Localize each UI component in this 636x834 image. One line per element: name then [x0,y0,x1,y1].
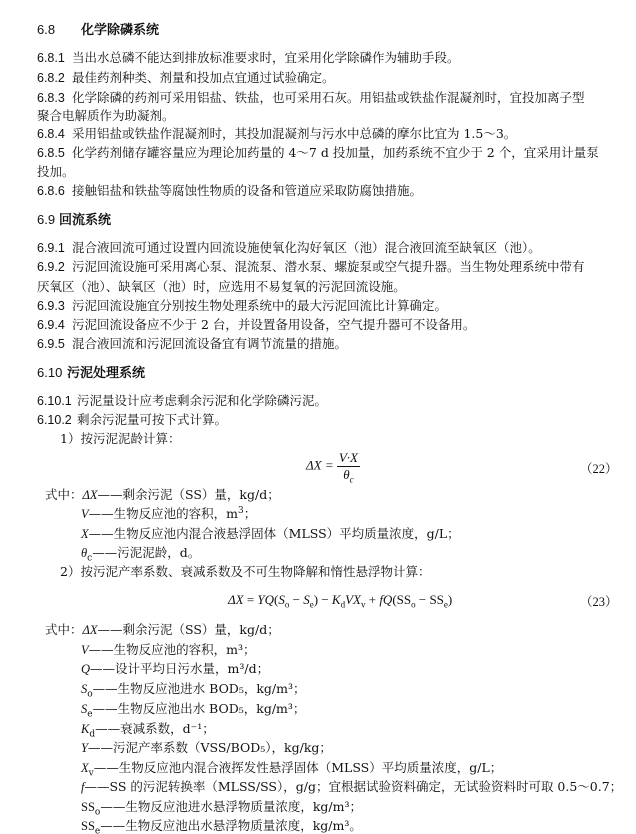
clause-text: 污泥回流设施宜分别按生物处理系统中的最大污泥回流比计算确定。 [72,298,447,313]
variable-symbol: V [81,507,89,521]
clause-text: 采用铝盐或铁盐作混凝剂时，其投加混凝剂与污水中总磷的摩尔比宜为 1.5～3。 [72,126,516,141]
clause-6-9-2: 6.9.2污泥回流设施可采用离心泵、混流泵、潜水泵、螺旋泵或空气提升器。当生物处… [37,259,585,275]
fraction-numerator: V·X [337,450,360,467]
variable-description: ——生物反应池进水悬浮物质量浓度，kg/m³； [100,799,362,814]
clause-6-8-2: 6.8.2最佳药剂种类、剂量和投加点宜通过试验确定。 [37,70,335,86]
clause-6-8-5-continued: 投加。 [37,164,75,180]
where-block-1-row-4: θc——污泥泥龄，d。 [81,545,200,561]
where-block-1-row-3: X——生物反应池内混合液悬浮固体（MLSS）平均质量浓度，g/L； [81,526,460,542]
clause-6-8-3-continued: 聚合电解质作为助凝剂。 [37,108,175,124]
section-title: 污泥处理系统 [67,365,145,380]
where-block-2-row-8: Xv——生物反应池内混合液挥发性悬浮固体（MLSS）平均质量浓度，g/L； [81,760,502,776]
clause-text: 污泥量设计应考虑剩余污泥和化学除磷污泥。 [77,393,327,408]
where-block-2-row-2: V——生物反应池的容积，m³； [81,642,256,658]
clause-text: 最佳药剂种类、剂量和投加点宜通过试验确定。 [72,70,335,85]
where-block-1-row-2: V——生物反应池的容积，m3； [81,506,256,522]
section-number: 6.10 [37,365,67,381]
clause-number: 6.9.4 [37,317,72,333]
equation-number-23: （23） [580,592,618,610]
variable-description: ——污泥产率系数（VSS/BOD₅），kg/kg； [88,740,332,755]
variable-description: ——生物反应池的容积，m [89,506,238,521]
variable-description: ——生物反应池的容积，m³； [89,642,256,657]
section-title: 化学除磷系统 [81,22,159,37]
clause-text: 混合液回流可通过设置内回流设施使氧化沟好氧区（池）混合液回流至缺氧区（池）。 [72,240,541,255]
where-block-2-row-9: f——SS 的污泥转换率（MLSS/SS），g/g；宜根据试验资料确定，无试验资… [81,779,622,795]
clause-number: 6.9.1 [37,240,72,256]
variable-description: ——剩余污泥（SS）量，kg/d； [98,622,280,637]
variable-description: ——污泥泥龄，d。 [92,545,200,560]
method-1-label: 1）按污泥泥龄计算： [60,431,180,447]
clause-number: 6.8.1 [37,50,72,66]
variable-symbol: ΔX [83,488,98,502]
variable-description: ——生物反应池出水悬浮物质量浓度，kg/m³。 [100,818,362,833]
variable-description: ——生物反应池内混合液悬浮固体（MLSS）平均质量浓度，g/L； [89,526,460,541]
clause-6-9-2-continued: 厌氧区（池）、缺氧区（池）时，应选用不易复氧的污泥回流设施。 [37,279,406,295]
variable-description: ——生物反应池内混合液挥发性悬浮固体（MLSS）平均质量浓度，g/L； [94,760,503,775]
where-label: 式中： [45,487,83,502]
equation-number-22: （22） [580,459,618,477]
clause-number: 6.8.3 [37,90,72,106]
method-2-label: 2）按污泥产率系数、衰减系数及不可生物降解和惰性悬浮物计算： [60,564,430,580]
where-block-1-row-1: 式中：ΔX——剩余污泥（SS）量，kg/d； [45,487,280,503]
variable-symbol: Q [81,662,90,676]
variable-symbol: ΔX [83,623,98,637]
variable-description: ——生物反应池进水 BOD₅，kg/m³； [93,681,306,696]
variable-symbol: X [81,527,89,541]
equation-fraction: V·X θc [337,450,360,483]
equation-lhs: ΔX = [306,457,334,472]
clause-number: 6.9.5 [37,336,72,352]
clause-number: 6.9.2 [37,259,72,275]
variable-symbol: V [81,643,89,657]
clause-text: 混合液回流和污泥回流设备宜有调节流量的措施。 [72,336,347,351]
clause-6-9-4: 6.9.4污泥回流设备应不少于 2 台，并设置备用设备，空气提升器可不设备用。 [37,317,475,333]
clause-number: 6.8.6 [37,183,72,199]
variable-description: ——SS 的污泥转换率（MLSS/SS），g/g；宜根据试验资料确定，无试验资料… [84,779,622,794]
where-label: 式中： [45,622,83,637]
section-number: 6.9 [37,212,59,228]
where-block-2-row-6: Kd——衰减系数，d⁻¹； [81,721,215,737]
clause-text-continued: 聚合电解质作为助凝剂。 [37,108,175,123]
clause-number: 6.10.2 [37,412,77,428]
clause-6-10-2: 6.10.2剩余污泥量可按下式计算。 [37,412,227,428]
where-block-2-row-4: So——生物反应池进水 BOD₅，kg/m³； [81,681,306,697]
clause-text: 化学除磷的药剂可采用铝盐、铁盐，也可采用石灰。用铝盐或铁盐作混凝剂时，宜投加离子… [72,90,585,105]
clause-6-8-4: 6.8.4采用铝盐或铁盐作混凝剂时，其投加混凝剂与污水中总磷的摩尔比宜为 1.5… [37,126,516,142]
clause-text: 当出水总磷不能达到排放标准要求时，宜采用化学除磷作为辅助手段。 [72,50,460,65]
variable-symbol: SS [81,819,95,833]
clause-text-continued: 厌氧区（池）、缺氧区（池）时，应选用不易复氧的污泥回流设施。 [37,279,406,294]
clause-6-9-1: 6.9.1混合液回流可通过设置内回流设施使氧化沟好氧区（池）混合液回流至缺氧区（… [37,240,541,256]
section-heading-6-10: 6.10污泥处理系统 [37,365,145,381]
clause-text: 污泥回流设备应不少于 2 台，并设置备用设备，空气提升器可不设备用。 [72,317,475,332]
variable-symbol: SS [81,800,95,814]
clause-6-8-5: 6.8.5化学药剂储存罐容量应为理论加药量的 4～7 d 投加量，加药系统不宜少… [37,145,599,161]
clause-number: 6.10.1 [37,393,77,409]
where-block-2-row-11: SSe——生物反应池出水悬浮物质量浓度，kg/m³。 [81,818,362,834]
where-block-2-row-5: Se——生物反应池出水 BOD₅，kg/m³； [81,701,305,717]
clause-text: 接触铝盐和铁盐等腐蚀性物质的设备和管道应采取防腐蚀措施。 [72,183,422,198]
clause-number: 6.9.3 [37,298,72,314]
where-block-2-row-1: 式中：ΔX——剩余污泥（SS）量，kg/d； [45,622,280,638]
punctuation: ； [244,506,257,521]
clause-6-9-3: 6.9.3污泥回流设施宜分别按生物处理系统中的最大污泥回流比计算确定。 [37,298,447,314]
clause-6-8-1: 6.8.1当出水总磷不能达到排放标准要求时，宜采用化学除磷作为辅助手段。 [37,50,460,66]
clause-number: 6.8.4 [37,126,72,142]
clause-number: 6.8.2 [37,70,72,86]
equation-23: ΔX = YQ(So − Se) − KdVXv + fQ(SSo − SSe) [228,592,452,608]
variable-description: ——剩余污泥（SS）量，kg/d； [98,487,280,502]
clause-6-8-6: 6.8.6接触铝盐和铁盐等腐蚀性物质的设备和管道应采取防腐蚀措施。 [37,183,422,199]
clause-text: 剩余污泥量可按下式计算。 [77,412,227,427]
clause-text: 化学药剂储存罐容量应为理论加药量的 4～7 d 投加量，加药系统不宜少于 2 个… [72,145,599,160]
section-title: 回流系统 [59,212,111,227]
clause-6-8-3: 6.8.3化学除磷的药剂可采用铝盐、铁盐，也可采用石灰。用铝盐或铁盐作混凝剂时，… [37,90,585,106]
variable-description: ——衰减系数，d⁻¹； [95,721,215,736]
where-block-2-row-10: SSo——生物反应池进水悬浮物质量浓度，kg/m³； [81,799,362,815]
variable-description: ——生物反应池出水 BOD₅，kg/m³； [93,701,306,716]
section-number: 6.8 [37,22,81,38]
variable-symbol: Y [81,741,88,755]
clause-6-9-5: 6.9.5混合液回流和污泥回流设备宜有调节流量的措施。 [37,336,347,352]
section-heading-6-8: 6.8化学除磷系统 [37,22,159,38]
equation-22: ΔX = V·X θc [306,450,360,483]
where-block-2-row-3: Q——设计平均日污水量，m³/d； [81,661,269,677]
subscript: c [350,475,354,485]
clause-text-continued: 投加。 [37,164,75,179]
clause-text: 污泥回流设施可采用离心泵、混流泵、潜水泵、螺旋泵或空气提升器。当生物处理系统中带… [72,259,585,274]
where-block-2-row-7: Y——污泥产率系数（VSS/BOD₅），kg/kg； [81,740,332,756]
section-heading-6-9: 6.9回流系统 [37,212,111,228]
variable-description: ——设计平均日污水量，m³/d； [90,661,269,676]
fraction-denominator: θc [337,467,360,483]
clause-6-10-1: 6.10.1污泥量设计应考虑剩余污泥和化学除磷污泥。 [37,393,327,409]
variable-symbol: X [81,761,89,775]
clause-number: 6.8.5 [37,145,72,161]
